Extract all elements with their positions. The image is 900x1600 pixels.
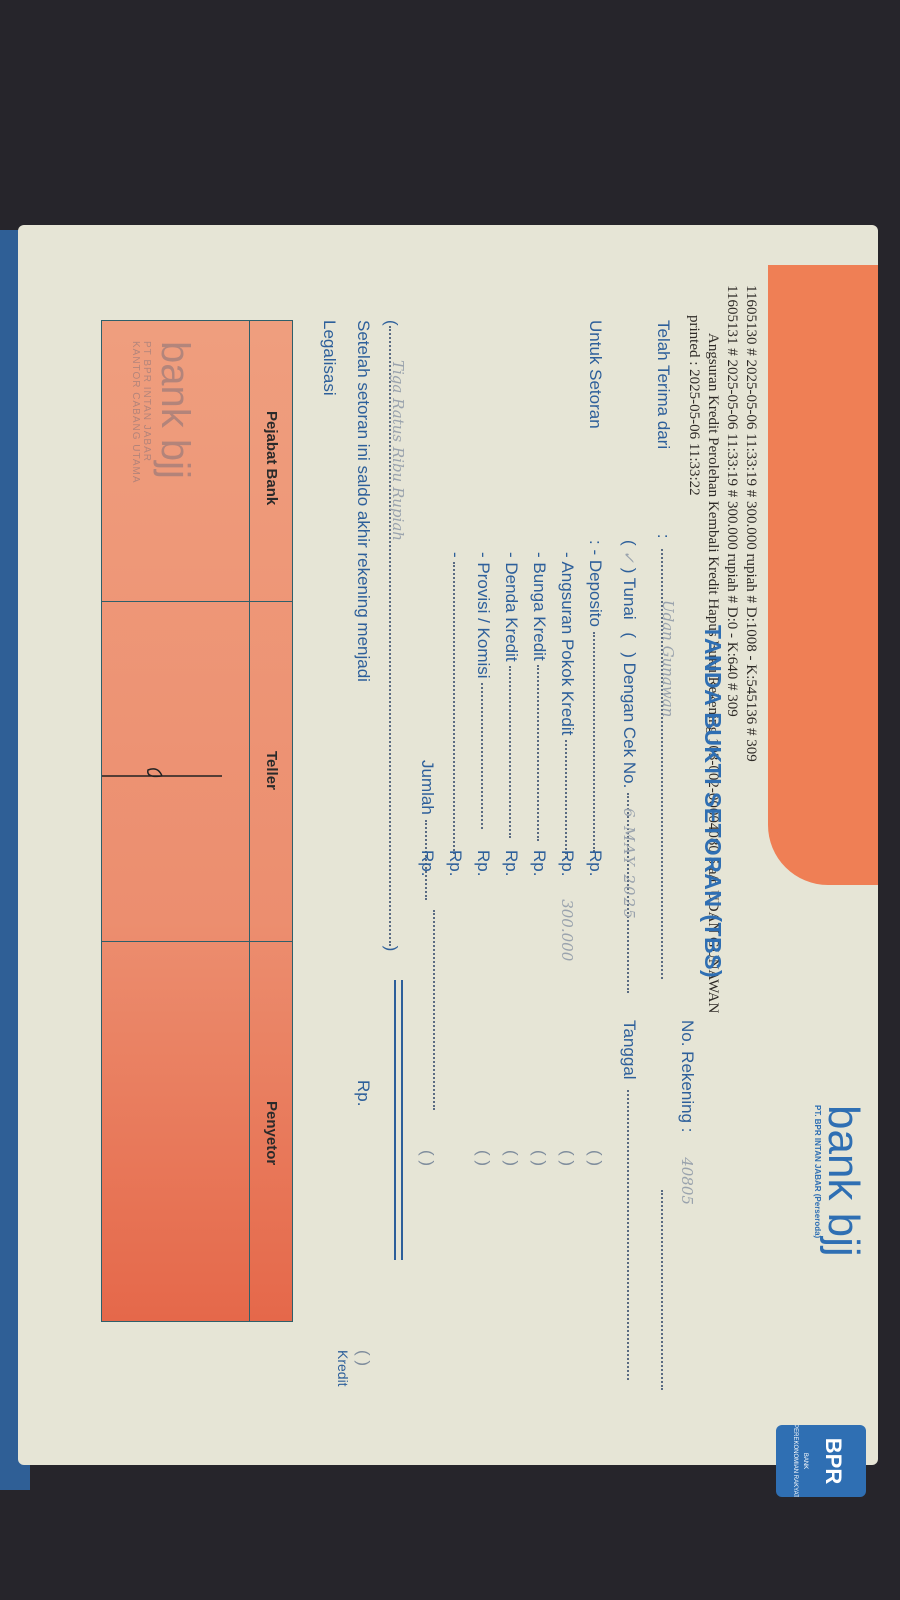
total-row: Jumlah xyxy=(417,760,437,900)
received-from-row: Telah Terima dari : Udan Gunawan xyxy=(653,320,673,979)
signature-table: Pejabat Bank Teller Penyetor bank bjj PT… xyxy=(101,320,293,1322)
teller-signature-icon xyxy=(82,761,222,791)
tunai-label: Tunai xyxy=(620,578,639,620)
svg-text:BANK: BANK xyxy=(802,1453,808,1469)
final-balance-currency: Rp. xyxy=(353,1080,373,1106)
item-denda-kredit: - Denda Kredit xyxy=(501,552,521,838)
date-row: Tanggal xyxy=(619,1020,639,1380)
signature-header-pejabat: Pejabat Bank xyxy=(263,411,280,505)
account-number-row: No. Rekening : 40805 xyxy=(677,1020,697,1205)
total-double-underline xyxy=(394,980,403,1260)
svg-text:PEREKONOMIAN RAKYAT: PEREKONOMIAN RAKYAT xyxy=(792,1425,798,1497)
amount-in-words-row: () Tiga Ratus Ribu Rupiah xyxy=(381,320,401,951)
rp-provisi: Rp. xyxy=(473,850,493,876)
branch-stamp: bank bjj PT BPR INTAN JABAR KANTOR CABAN… xyxy=(130,341,197,484)
rp-total: Rp. xyxy=(417,850,437,876)
final-balance-type: Kredit xyxy=(335,1350,351,1387)
date-stamp: 6 MAY 2025 xyxy=(620,808,638,921)
rp-other: Rp. xyxy=(445,850,465,876)
item-provisi: - Provisi / Komisi xyxy=(473,552,493,829)
deposit-slip: bank bjj PT. BPR INTAN JABAR (Perseroda)… xyxy=(18,225,878,1465)
rp-bunga: Rp. xyxy=(529,850,549,876)
cek-label: Dengan Cek No. xyxy=(620,663,639,789)
total-label: Jumlah xyxy=(418,760,437,815)
bpr-badge-icon: BPR BANK PEREKONOMIAN RAKYAT xyxy=(776,1425,866,1497)
item-deposito: : - Deposito xyxy=(585,540,605,852)
received-from-value: Udan Gunawan xyxy=(659,600,677,717)
orange-header-band xyxy=(768,265,878,885)
purpose-label: Untuk Setoran xyxy=(585,320,605,429)
paper-sheet: bank bjj PT. BPR INTAN JABAR (Perseroda)… xyxy=(18,225,878,1465)
signature-header-teller: Teller xyxy=(263,751,280,790)
rp-denda: Rp. xyxy=(501,850,521,876)
account-number-value: 40805 xyxy=(678,1157,696,1205)
signature-header-penyetor: Penyetor xyxy=(263,1101,280,1165)
item-angsuran-pokok: - Angsuran Pokok Kredit xyxy=(557,552,577,858)
rp-deposito: Rp. xyxy=(585,850,605,876)
bank-logo-subtitle: PT. BPR INTAN JABAR (Perseroda) xyxy=(813,1105,822,1257)
legalization-label: Legalisasi xyxy=(319,320,339,396)
item-bunga-kredit: - Bunga Kredit xyxy=(529,552,549,841)
tunai-checkbox[interactable]: ( ✓ ) xyxy=(620,540,639,573)
payment-method-row: ( ✓ ) Tunai ( ) Dengan Cek No. 6 MAY 202… xyxy=(619,540,639,921)
date-label: Tanggal xyxy=(620,1020,639,1080)
account-number-dots xyxy=(653,1190,673,1390)
final-balance-label: Setelah setoran ini saldo akhir rekening… xyxy=(353,320,373,682)
document-title: TANDA BUKTI SETORAN (TBS) xyxy=(699,625,726,978)
bank-logo: bank bjj PT. BPR INTAN JABAR (Perseroda) xyxy=(813,1105,868,1257)
item-other: - xyxy=(445,552,465,854)
printed-line-1: 11605130 # 2025-05-06 11:33:19 # 300.000… xyxy=(741,285,760,1013)
rp-angsuran: Rp. 300.000 xyxy=(557,850,577,961)
total-amount-dots xyxy=(425,910,445,1110)
received-from-label: Telah Terima dari xyxy=(654,320,673,449)
amount-angsuran: 300.000 xyxy=(558,899,576,961)
bank-logo-word: bank bjj xyxy=(818,1105,868,1257)
amount-in-words: Tiga Ratus Ribu Rupiah xyxy=(389,360,407,541)
cek-checkbox[interactable]: ( ) xyxy=(620,632,639,658)
svg-text:BPR: BPR xyxy=(821,1438,846,1485)
account-number-label: No. Rekening : xyxy=(678,1020,697,1132)
